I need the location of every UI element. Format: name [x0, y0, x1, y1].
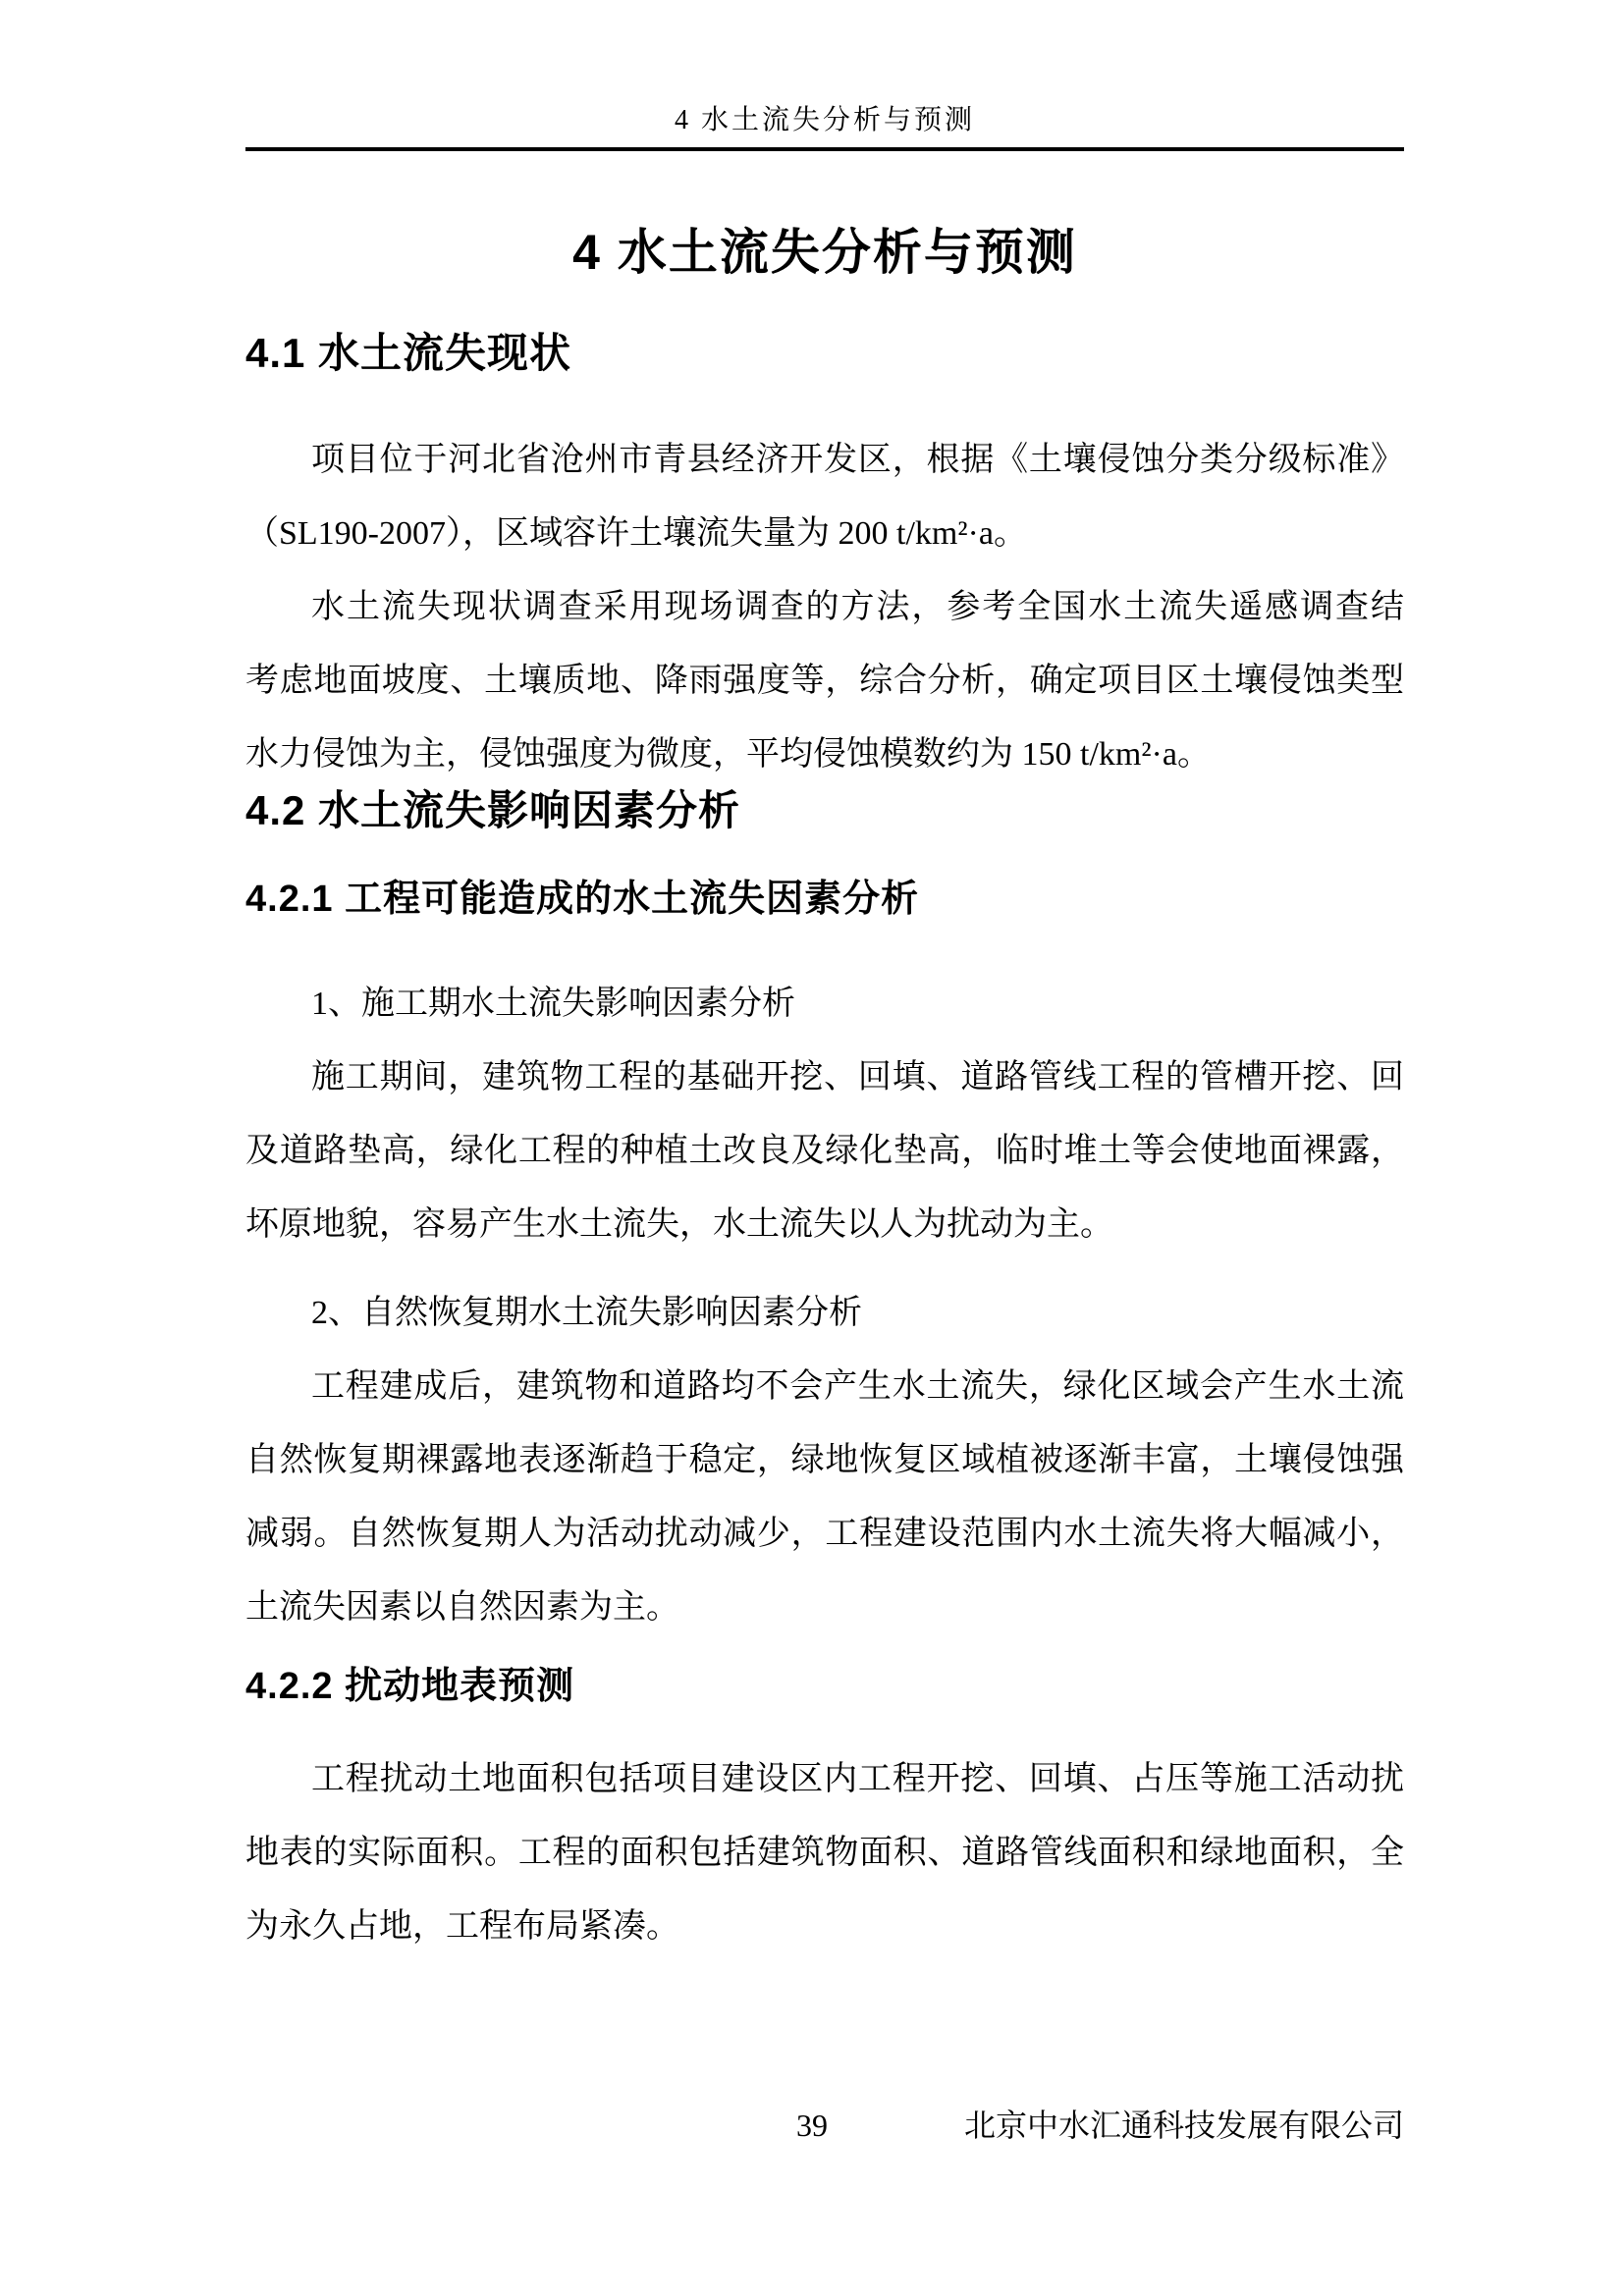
text-line: 地表的实际面积。工程的面积包括建筑物面积、道路管线面积和绿地面积，全部 — [245, 1816, 1404, 1890]
text-line: 项目位于河北省沧州市青县经济开发区，根据《土壤侵蚀分类分级标准》 — [245, 423, 1404, 497]
document-body: 4.1 水土流失现状项目位于河北省沧州市青县经济开发区，根据《土壤侵蚀分类分级标… — [245, 329, 1404, 1963]
footer-page-number: 39 — [796, 2104, 828, 2148]
text-line: 工程扰动土地面积包括项目建设区内工程开挖、回填、占压等施工活动扰动 — [245, 1742, 1404, 1816]
text-line: 工程建成后，建筑物和道路均不会产生水土流失，绿化区域会产生水土流失。 — [245, 1350, 1404, 1423]
footer-company-name: 北京中水汇通科技发展有限公司 — [964, 2104, 1404, 2148]
text-line: 坏原地貌，容易产生水土流失，水土流失以人为扰动为主。 — [245, 1188, 1404, 1261]
section-heading: 4.2 水土流失影响因素分析 — [245, 786, 1404, 835]
text-line: 1、施工期水土流失影响因素分析 — [245, 967, 1404, 1041]
running-header-text: 4 水土流失分析与预测 — [675, 105, 975, 135]
text-line: 为永久占地，工程布局紧凑。 — [245, 1890, 1404, 1963]
page-footer: 39 北京中水汇通科技发展有限公司 — [0, 2104, 1624, 2148]
subsection-heading: 4.2.2 扰动地表预测 — [245, 1662, 1404, 1711]
subsection-heading: 4.2.1 工程可能造成的水土流失因素分析 — [245, 875, 1404, 924]
text-line: 土流失因素以自然因素为主。 — [245, 1571, 1404, 1644]
text-line: 减弱。自然恢复期人为活动扰动减少，工程建设范围内水土流失将大幅减小，水 — [245, 1497, 1404, 1571]
text-line: 水力侵蚀为主，侵蚀强度为微度，平均侵蚀模数约为 150 t/km²·a。 — [245, 718, 1404, 791]
text-line: 考虑地面坡度、土壤质地、降雨强度等，综合分析，确定项目区土壤侵蚀类型以 — [245, 644, 1404, 718]
content-column: 4 水土流失分析与预测 4 水土流失分析与预测 4.1 水土流失现状项目位于河北… — [245, 0, 1404, 1963]
text-line: 施工期间，建筑物工程的基础开挖、回填、道路管线工程的管槽开挖、回填 — [245, 1041, 1404, 1114]
document-title: 4 水土流失分析与预测 — [245, 214, 1404, 291]
text-line: （SL190-2007），区域容许土壤流失量为 200 t/km²·a。 — [245, 497, 1404, 570]
text-line: 自然恢复期裸露地表逐渐趋于稳定，绿地恢复区域植被逐渐丰富，土壤侵蚀强度 — [245, 1423, 1404, 1497]
text-line: 及道路垫高，绿化工程的种植土改良及绿化垫高，临时堆土等会使地面裸露，破 — [245, 1114, 1404, 1188]
running-header: 4 水土流失分析与预测 — [245, 0, 1404, 151]
document-page: 4 水土流失分析与预测 4 水土流失分析与预测 4.1 水土流失现状项目位于河北… — [0, 0, 1624, 2296]
text-line: 水土流失现状调查采用现场调查的方法，参考全国水土流失遥感调查结果， — [245, 570, 1404, 644]
section-heading: 4.1 水土流失现状 — [245, 329, 1404, 378]
text-line: 2、自然恢复期水土流失影响因素分析 — [245, 1276, 1404, 1350]
